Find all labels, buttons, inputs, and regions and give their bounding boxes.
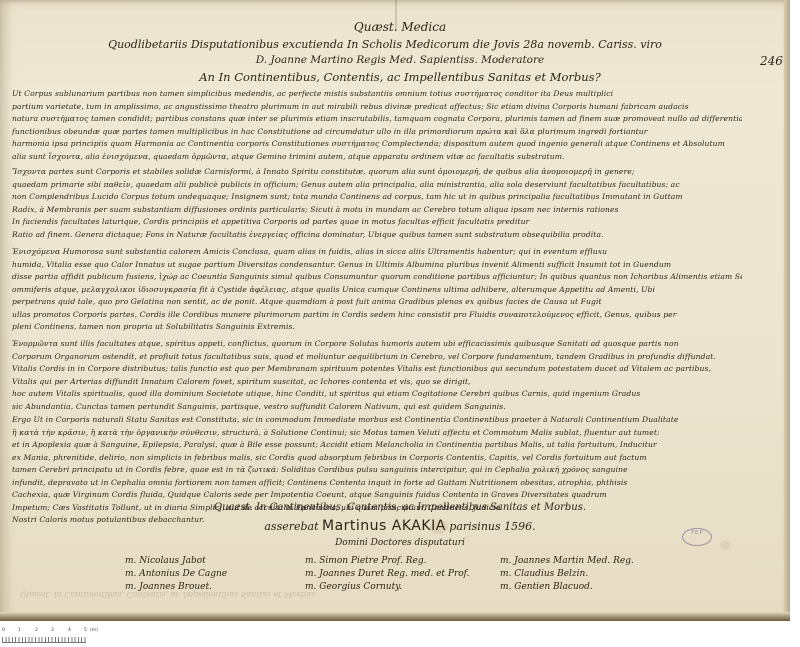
doctors-column-3: m. Joannes Martin Med. Reg. m. Claudius … [500,555,634,594]
scale-label: 4 [68,628,71,633]
scale-label: 3 [51,628,54,633]
respondent-line: asserebat Martinus AKAKIA parisinus 1596… [0,518,800,534]
text-line: tamen Cerebri principatu ut in Cordis fe… [12,464,742,477]
doctor-name: m. Claudius Belzin. [500,568,634,581]
text-line: Corporum Organorum ostendit, et profiuit… [12,351,742,364]
text-line: hoc autem Vitalis spiritualis, quod illa… [12,388,742,401]
text-line: ἢ κατὰ τὴν κρᾶσιν, ἢ κατὰ τὴν ὀργανικὴν … [12,427,742,440]
page-bottom-edge [0,612,790,621]
doctors-column-1: m. Nicolaus Jabot m. Antonius De Cagne m… [125,555,227,594]
text-line: In faciendis facultates laturique, Cordi… [12,216,742,229]
document-heading: Quæst. Medica [0,20,800,34]
scale-label: 0 [2,628,5,633]
doctor-name: m. Joannes Martin Med. Reg. [500,555,634,568]
paragraph-enischomena: Ἐνισχόμενα Humorosa sunt substantia calo… [12,246,742,334]
text-line: sic Abundantia, Cunctas tamen pertundit … [12,401,742,414]
folio-number: 246 [760,54,783,68]
paragraph-ut: Ut Corpus sublunarium partibus non tamen… [12,88,742,163]
manuscript-page: Quæst. Medica Quodlibetariis Disputation… [0,0,790,620]
text-line: harmonia ipsa principiis quam Harmonia a… [12,138,742,151]
scale-label: 2 [35,628,38,633]
scale-ticks [2,637,86,643]
text-line: Ut Corpus sublunarium partibus non tamen… [12,88,742,101]
text-line: Cachexia, quæ Virginum Cordis fluida, Qu… [12,489,742,502]
text-line: pleni Continens, tamen non propria ut So… [12,321,742,334]
doctor-name: m. Nicolaus Jabot [125,555,227,568]
text-line: disse partia affidit publicum fusiens, ἰ… [12,271,742,284]
doctor-name: m. Simon Pietre Prof. Reg. [305,555,470,568]
text-line: non Complendribus Lucido Corpus totum un… [12,191,742,204]
doctor-name: m. Joannes Duret Reg. med. et Prof. [305,568,470,581]
scale-label: 1 [18,628,21,633]
text-line: partium varietate, tum in amplissimo, ac… [12,101,742,114]
paragraph-ischonta: Ἴσχοντα partes sunt Corporis et stabiles… [12,166,742,241]
bleed-through-text: Quaest. In Continentibus, Contentis, ac … [20,590,760,599]
text-line: Vitalis Cordis in in Corpore distributus… [12,363,742,376]
text-line: ullas promotos Corporis partes, Cordis i… [12,309,742,322]
text-line: ommiferis atque, μελαγχολικοι ἰδιοσυγκρα… [12,284,742,297]
text-line: ex Mania, phrenitide, delirio, non simpl… [12,452,742,465]
scale-unit: (m) [90,628,98,633]
scale-bar: 0 1 2 3 4 5 (m) [2,628,92,644]
text-line: Ἐνορμῶντα sunt illis facultates atque, s… [12,338,742,351]
text-line: Ἴσχοντα partes sunt Corporis et stabiles… [12,166,742,179]
text-line: humida, Vitalia esse quo Calor Innatus u… [12,259,742,272]
text-line: natura συστήματος tamen condidit; partib… [12,113,742,126]
text-line: functionibus obeundæ quæ partes tamen mu… [12,126,742,139]
respondent-prefix: asserebat [264,520,318,533]
text-line: Ergo Ut in Corporis naturali Statu Sanit… [12,414,742,427]
moderator-line: D. Joanne Martino Regis Med. Sapientiss.… [0,54,800,66]
text-line: Radix, à Membranis per suam substantiam … [12,204,742,217]
disputation-question: An In Continentibus, Contentis, ac Impel… [0,70,800,84]
text-line: et in Apoplexia quæ à Sanguine, Epilepsi… [12,439,742,452]
document-subheading: Quodlibetariis Disputationibus excutiend… [85,38,685,51]
scale-label: 5 [84,628,87,633]
text-line: Ratio ad finem. Genera dictaque; Fons in… [12,229,742,242]
text-line: Ἐνισχόμενα Humorosa sunt substantia calo… [12,246,742,259]
doctor-name: m. Antonius De Cagne [125,568,227,581]
text-line: quaedam primarie sibi παθεῖν, quaedam al… [12,179,742,192]
text-line: perpetrans quid tale, quo pro Gelatina n… [12,296,742,309]
paragraph-enormonta: Ἐνορμῶντα sunt illis facultates atque, s… [12,338,742,413]
text-line: Vitalis qui per Arterias diffundit Innat… [12,376,742,389]
library-stamp: F.E.P [682,528,712,546]
text-line: alia sunt ἴσχοντα, alia ἐνισχόμενα, quae… [12,151,742,164]
respondent-name: Martinus AKAKIA [322,518,446,534]
respondent-suffix: parisinus 1596. [449,520,535,533]
doctors-column-2: m. Simon Pietre Prof. Reg. m. Joannes Du… [305,555,470,594]
doctors-heading: Domini Doctores disputaturi [0,538,800,548]
text-line: infundit, depravato ut in Cephalia omnia… [12,477,742,490]
restated-question: Quaest. In Continentibus, Contentis, ac … [0,502,800,513]
